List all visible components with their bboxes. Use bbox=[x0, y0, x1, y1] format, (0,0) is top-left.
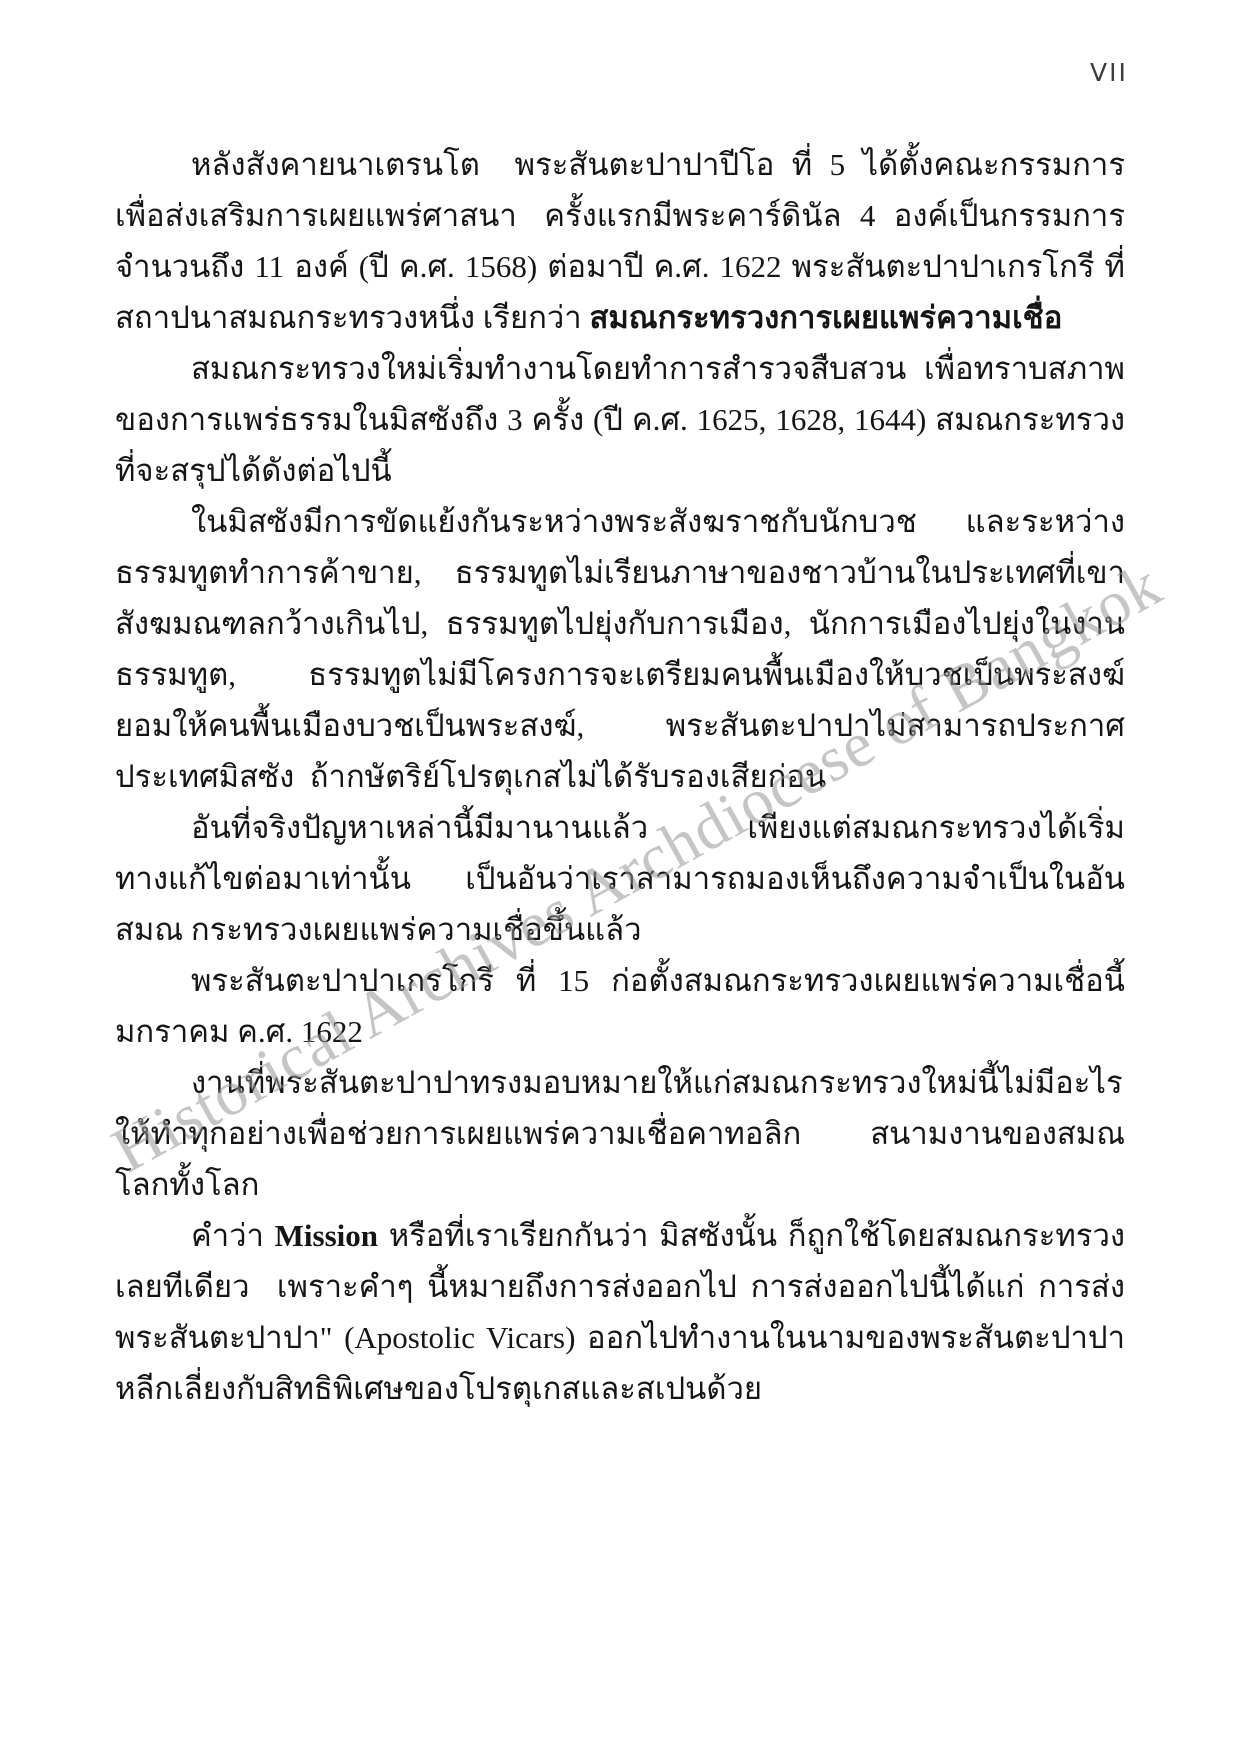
text-line: สมณกระทรวงใหม่เริ่มทำงานโดยทำการสำรวจสืบ… bbox=[115, 343, 1125, 394]
text-line: พระสันตะปาปาเกรโกรี ที่ 15 ก่อตั้งสมณกระ… bbox=[115, 955, 1125, 1006]
page-number: VII bbox=[1090, 58, 1128, 87]
text-lines: หลังสังคายนาเตรนโต พระสันตะปาปาปีโอ ที่ … bbox=[115, 139, 1125, 1414]
text-line: คำว่า Mission หรือที่เราเรียกกันว่า มิสซ… bbox=[115, 1210, 1125, 1261]
text-line: ธรรมทูต, ธรรมทูตไม่มีโครงการจะเตรียมคนพื… bbox=[115, 649, 1125, 700]
text-line: จำนวนถึง 11 องค์ (ปี ค.ศ. 1568) ต่อมาปี … bbox=[115, 241, 1125, 292]
text-line: ของการแพร่ธรรมในมิสซังถึง 3 ครั้ง (ปี ค.… bbox=[115, 394, 1125, 445]
text-line: ธรรมทูตทำการค้าขาย, ธรรมทูตไม่เรียนภาษาข… bbox=[115, 547, 1125, 598]
text-line: หลีกเลี่ยงกับสิทธิพิเศษของโปรตุเกสและสเป… bbox=[115, 1363, 1125, 1414]
text-line: สังฆมณฑลกว้างเกินไป, ธรรมทูตไปยุ่งกับการ… bbox=[115, 598, 1125, 649]
text-line: ทางแก้ไขต่อมาเท่านั้น เป็นอันว่าเราสามาร… bbox=[115, 853, 1125, 904]
text-line: เพื่อส่งเสริมการเผยแพร่ศาสนา ครั้งแรกมีพ… bbox=[115, 190, 1125, 241]
scanned-document-page: VII Historical Archives Archdiocese of B… bbox=[0, 0, 1241, 1755]
text-line: งานที่พระสันตะปาปาทรงมอบหมายให้แก่สมณกระ… bbox=[115, 1057, 1125, 1108]
text-line: ให้ทำทุกอย่างเพื่อช่วยการเผยแพร่ความเชื่… bbox=[115, 1108, 1125, 1159]
text-line: สถาปนาสมณกระทรวงหนึ่ง เรียกว่า สมณกระทรว… bbox=[115, 292, 1125, 343]
text-line: ยอมให้คนพื้นเมืองบวชเป็นพระสงฆ์, พระสันต… bbox=[115, 700, 1125, 751]
text-line: สมณ กระทรวงเผยแพร่ความเชื่อขึ้นแล้ว bbox=[115, 904, 1125, 955]
text-line: ที่จะสรุปได้ดังต่อไปนี้ bbox=[115, 445, 1125, 496]
text-line: ประเทศมิสซัง ถ้ากษัตริย์โปรตุเกสไม่ได้รั… bbox=[115, 751, 1125, 802]
text-line: พระสันตะปาปา" (Apostolic Vicars) ออกไปทำ… bbox=[115, 1312, 1125, 1363]
text-line: ในมิสซังมีการขัดแย้งกันระหว่างพระสังฆราช… bbox=[115, 496, 1125, 547]
text-line: มกราคม ค.ศ. 1622 bbox=[115, 1006, 1125, 1057]
text-line: เลยทีเดียว เพราะคำๆ นี้หมายถึงการส่งออกไ… bbox=[115, 1261, 1125, 1312]
text-line: หลังสังคายนาเตรนโต พระสันตะปาปาปีโอ ที่ … bbox=[115, 139, 1125, 190]
text-line: อันที่จริงปัญหาเหล่านี้มีมานานแล้ว เพียง… bbox=[115, 802, 1125, 853]
text-line: โลกทั้งโลก bbox=[115, 1159, 1125, 1210]
